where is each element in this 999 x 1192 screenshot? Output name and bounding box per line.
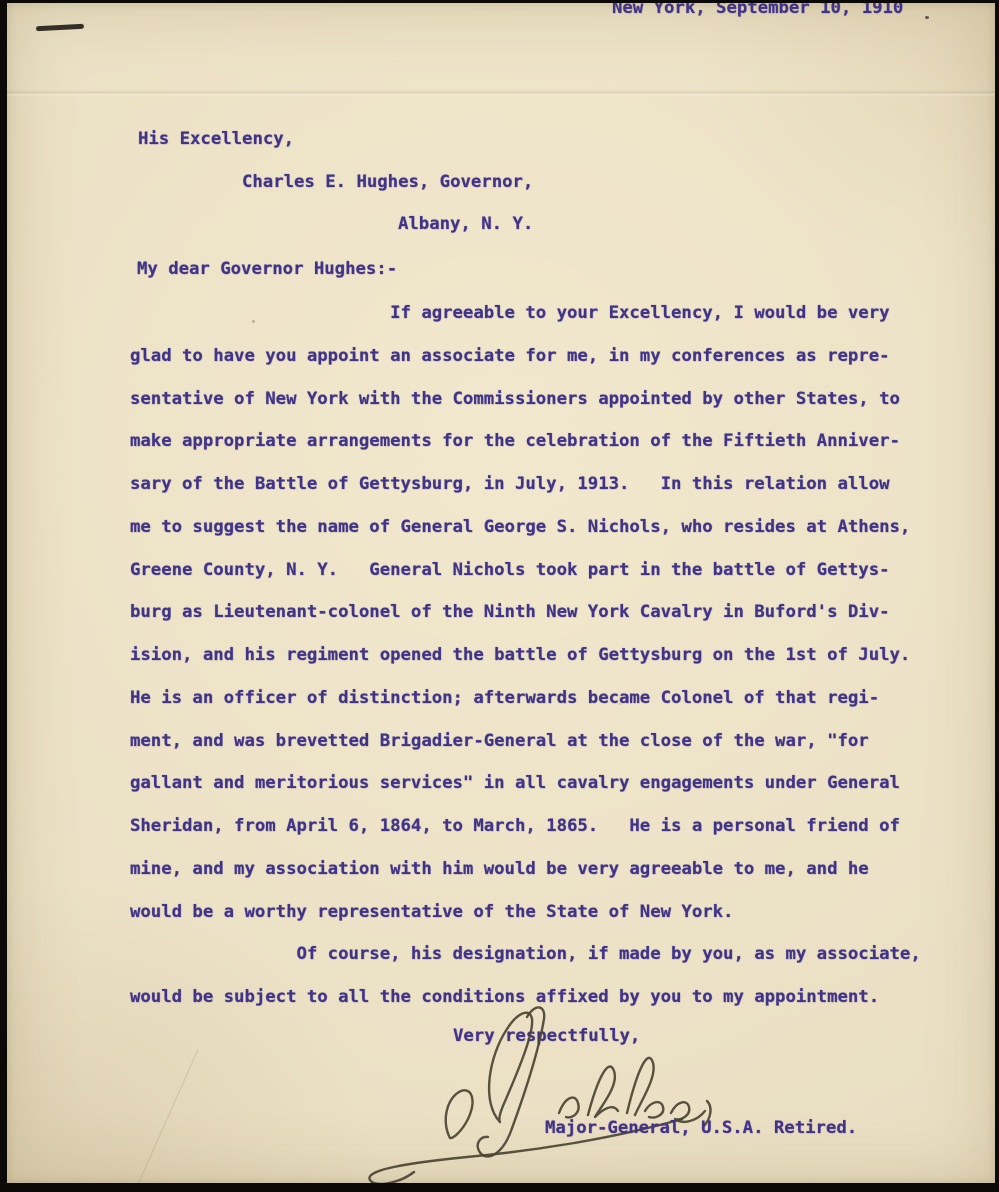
ink-speck (252, 320, 255, 323)
signature-autograph (350, 1000, 730, 1183)
ink-smudge (36, 24, 84, 32)
paper-scratch (137, 1049, 199, 1183)
signature-stroke (645, 1102, 663, 1117)
dateline: New York, September 10, 1910 (612, 3, 903, 18)
salutation: My dear Governor Hughes:- (137, 259, 397, 279)
signature-stroke (446, 1090, 473, 1138)
signature-title: Major-General, U.S.A. Retired. (545, 1118, 857, 1138)
body-line: ment, and was brevetted Brigadier-Genera… (130, 720, 960, 763)
letter-page: New York, September 10, 1910 His Excelle… (7, 3, 995, 1183)
body-line: glad to have you appoint an associate fo… (130, 335, 960, 378)
signature-stroke (559, 1098, 579, 1118)
body-line: me to suggest the name of General George… (130, 506, 960, 549)
signature-stroke (489, 1013, 532, 1122)
body-line: ision, and his regiment opened the battl… (130, 634, 960, 677)
body-line: burg as Lieutenant-colonel of the Ninth … (130, 591, 960, 634)
body-line: make appropriate arrangements for the ce… (130, 420, 960, 463)
body-line: mine, and my association with him would … (130, 848, 960, 891)
body-line: Greene County, N. Y. General Nichols too… (130, 549, 960, 592)
recipient-name: Charles E. Hughes, Governor, (242, 172, 533, 192)
body-line: Of course, his designation, if made by y… (130, 933, 960, 976)
body-line: would be a worthy representative of the … (130, 891, 960, 934)
body-line: If agreeable to your Excellency, I would… (130, 292, 960, 335)
photographed-letter: { "letter": { "dateline": "New York, Sep… (0, 0, 999, 1192)
recipient-city: Albany, N. Y. (398, 214, 533, 234)
signature-stroke (478, 1007, 545, 1156)
ink-speck (925, 16, 929, 19)
signature-stroke (588, 1067, 618, 1117)
recipient-honorific: His Excellency, (138, 129, 294, 149)
body-line: sary of the Battle of Gettysburg, in Jul… (130, 463, 960, 506)
body-line: sentative of New York with the Commissio… (130, 378, 960, 421)
body-line: gallant and meritorious services" in all… (130, 762, 960, 805)
body-line: Sheridan, from April 6, 1864, to March, … (130, 805, 960, 848)
letter-body: If agreeable to your Excellency, I would… (130, 292, 960, 1019)
ink-speck (619, 703, 621, 705)
body-line: He is an officer of distinction; afterwa… (130, 677, 960, 720)
paper-crease (7, 90, 995, 97)
